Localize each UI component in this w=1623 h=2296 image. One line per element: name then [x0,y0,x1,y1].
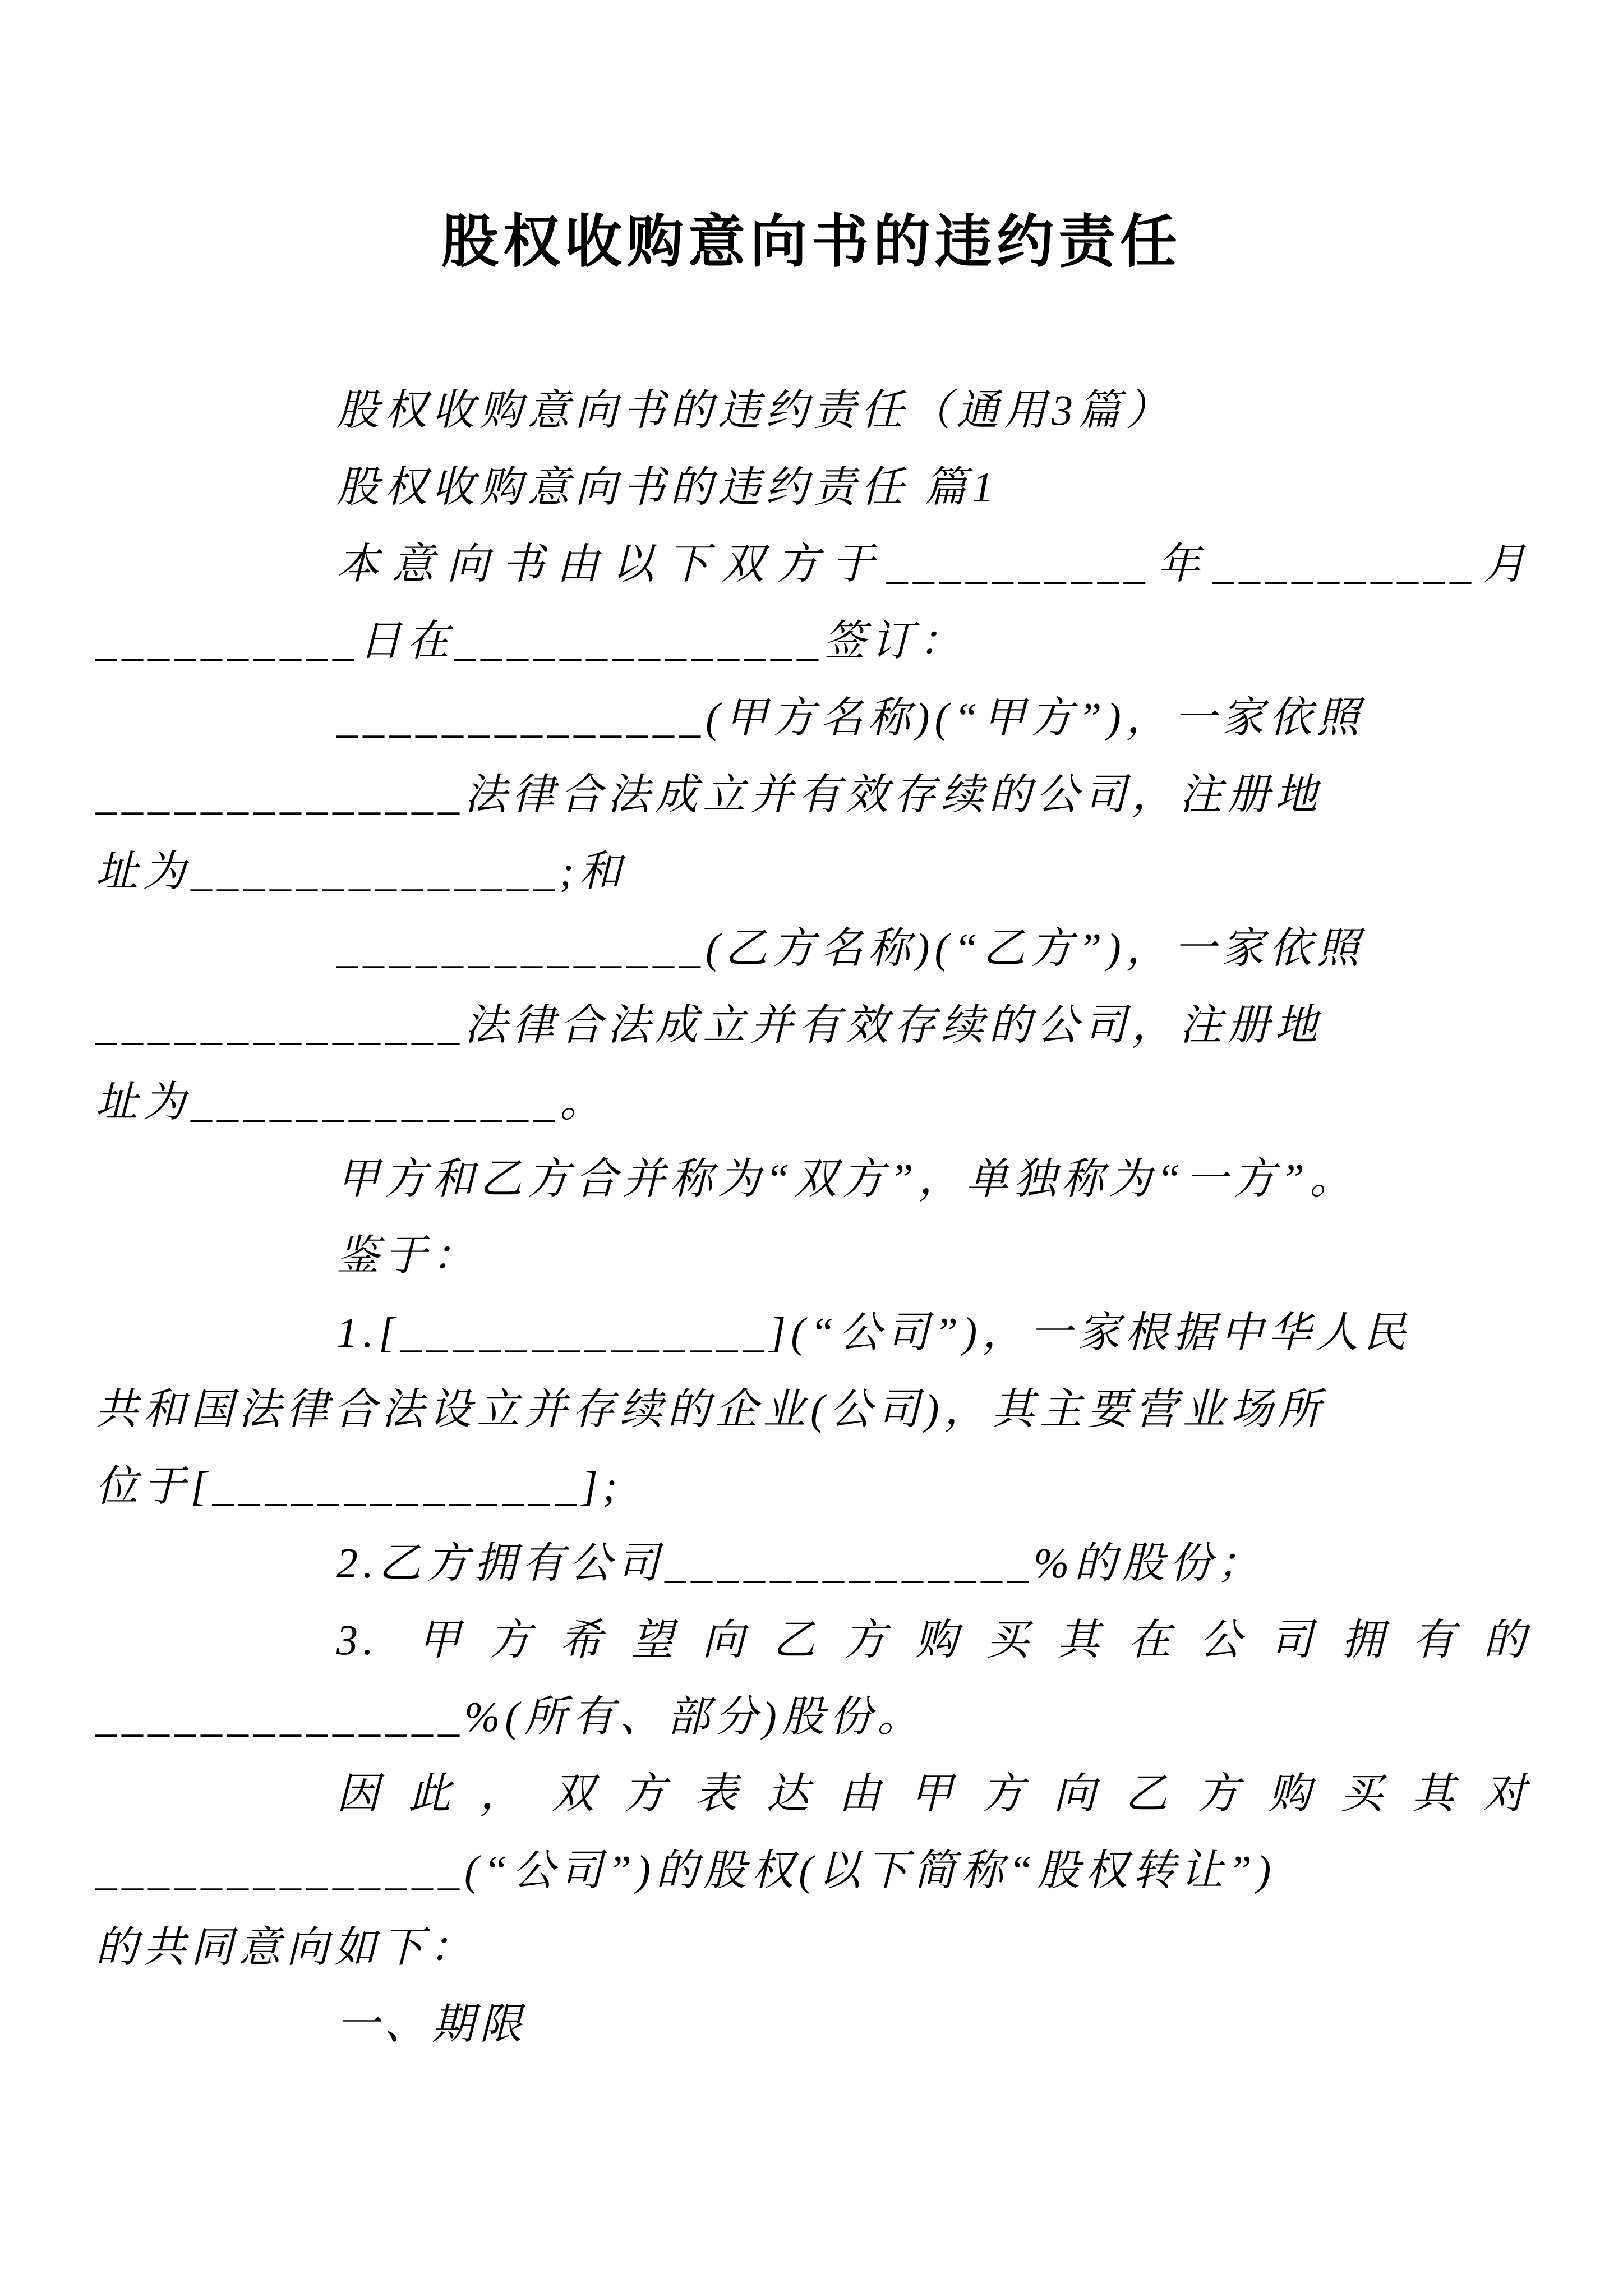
text-line: ______________(“公司”)的股权(以下简称“股权转让”) [95,1833,1531,1910]
text-line: ______________法律合法成立并有效存续的公司，注册地 [95,987,1531,1064]
text-line: __________日在______________签订： [95,603,1531,680]
text-line: ______________%(所有、部分)股份。 [95,1679,1531,1756]
text-line: 址为______________。 [95,1064,1531,1141]
text-line: 本意向书由以下双方于__________年__________月 [95,526,1531,603]
text-line: ______________(甲方名称)(“甲方”)，一家依照 [95,680,1531,757]
text-line: ______________(乙方名称)(“乙方”)，一家依照 [95,910,1531,987]
text-line: 股权收购意向书的违约责任（通用3篇） [95,372,1531,449]
text-line: 3. 甲方希望向乙方购买其在公司拥有的 [95,1602,1531,1679]
document-title: 股权收购意向书的违约责任 [0,196,1623,278]
text-line: 因此，双方表达由甲方向乙方购买其对 [95,1756,1531,1833]
text-line: 共和国法律合法设立并存续的企业(公司)，其主要营业场所 [95,1372,1531,1448]
document-body: 股权收购意向书的违约责任（通用3篇）股权收购意向书的违约责任 篇1本意向书由以下… [95,372,1531,2063]
text-line: 位于[______________]; [95,1448,1531,1525]
text-line: ______________法律合法成立并有效存续的公司，注册地 [95,757,1531,834]
text-line: 1.[______________](“公司”)，一家根据中华人民 [95,1295,1531,1372]
text-line: 的共同意向如下： [95,1910,1531,1986]
text-line: 甲方和乙方合并称为“双方”，单独称为“一方”。 [95,1141,1531,1218]
text-line: 鉴于： [95,1218,1531,1295]
document-page: 股权收购意向书的违约责任 股权收购意向书的违约责任（通用3篇）股权收购意向书的违… [0,0,1623,2296]
text-line: 2.乙方拥有公司______________%的股份； [95,1525,1531,1602]
text-line: 址为______________;和 [95,834,1531,910]
text-line: 股权收购意向书的违约责任 篇1 [95,449,1531,526]
text-line: 一、期限 [95,1986,1531,2063]
